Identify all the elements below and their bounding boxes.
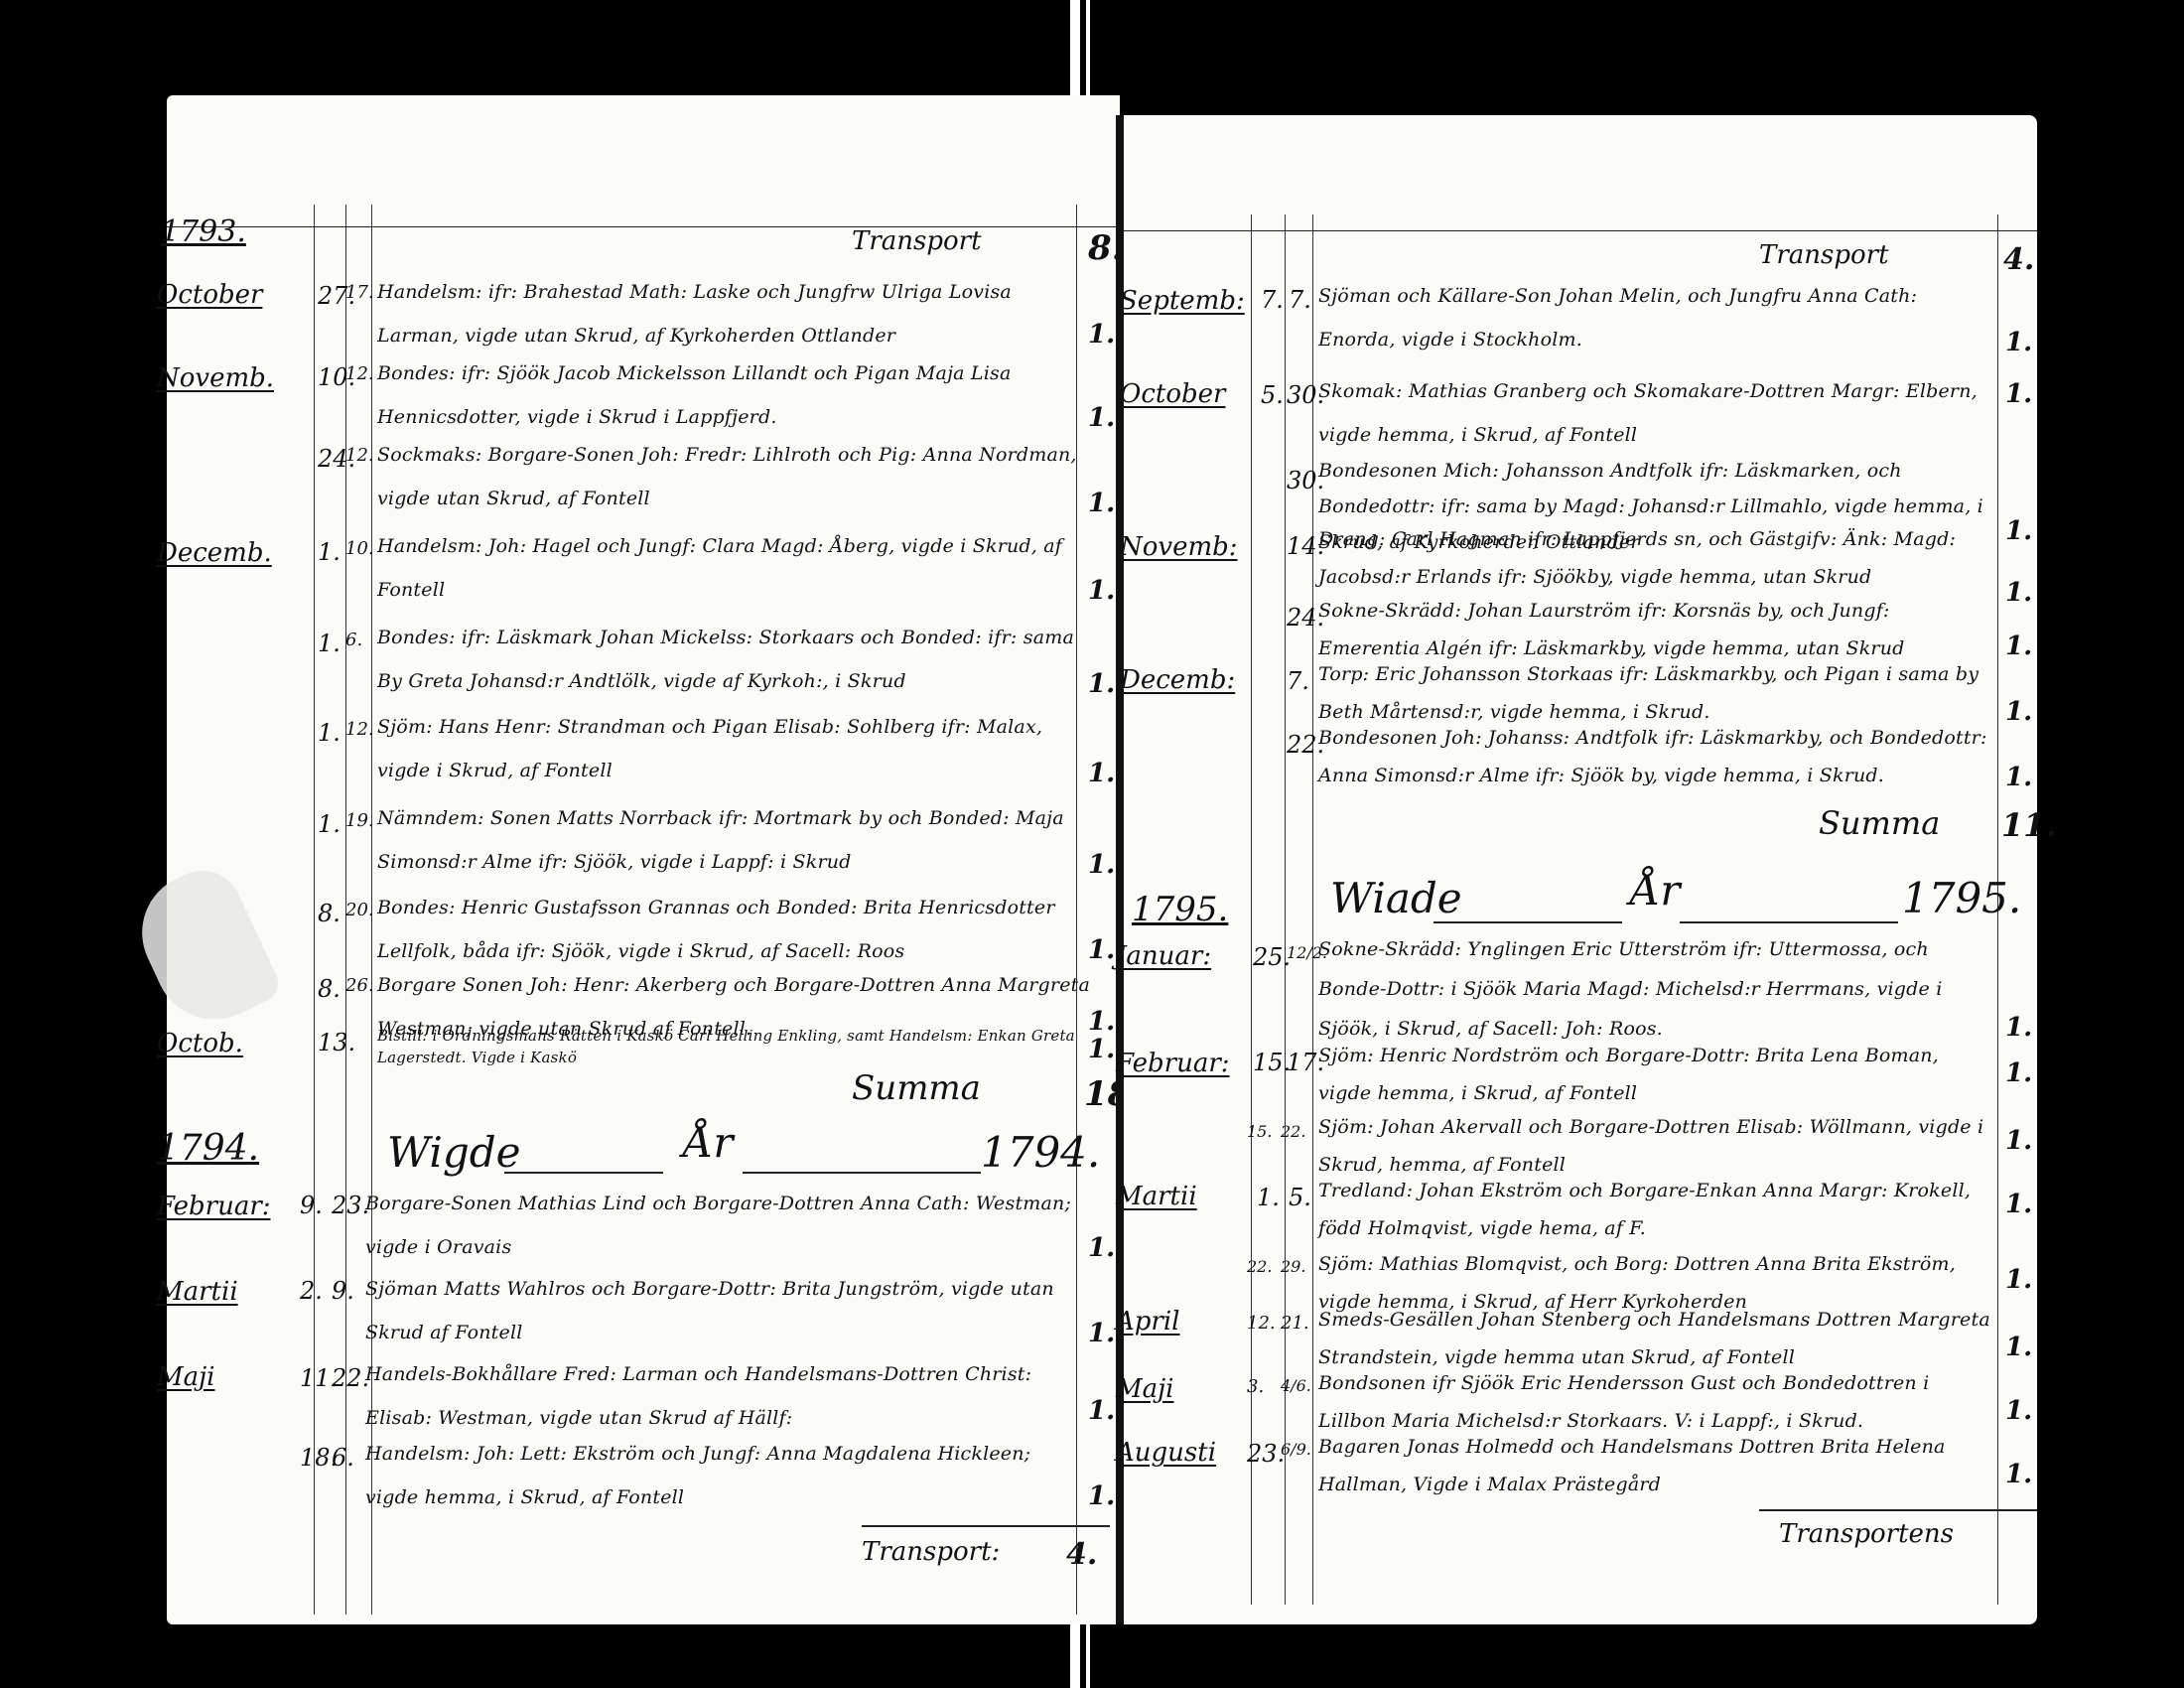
entry-count: 1. [2005,763,2032,792]
entry-count: 1. [1088,669,1115,699]
month-label: Octob. [157,1029,243,1058]
day-number: 1. [318,630,341,657]
transport-label: Transport [852,226,982,256]
day-number: 12. [1247,1313,1276,1334]
entry-count: 1. [2005,379,2032,409]
register-entry: Nämndem: Sonen Matts Norrback ifr: Mortm… [377,796,1092,884]
day-number: 5. [1261,381,1284,409]
entry-count: 1. [2005,1460,2032,1489]
register-entry: Handelsm: ifr: Brahestad Math: Laske och… [377,270,1092,357]
entry-count: 1. [1088,759,1115,788]
day2-number: 6. [345,630,362,650]
day-number: 8. [318,975,341,1003]
entry-count: 1. [1088,403,1115,433]
day2-number: 22. [332,1364,369,1392]
summa-value: 11. [2001,806,2057,844]
month-label: April [1116,1307,1179,1336]
register-entry: Bagaren Jonas Holmedd och Handelsmans Do… [1318,1428,1993,1503]
entry-count: 1. [2005,632,2032,661]
register-entry: Handelsm: Joh: Lett: Ekström och Jungf: … [365,1432,1080,1519]
day2-number: 17. [345,282,374,303]
entry-count: 1. [2005,1058,2032,1088]
register-entry: Sjöman och Källare-Son Johan Melin, och … [1318,274,1993,361]
register-entry: Tredland: Johan Ekström och Borgare-Enka… [1318,1172,1993,1247]
day2-number: 6/9. [1281,1440,1311,1459]
entry-count: 1. [2005,1265,2032,1295]
transport-bottom-label: Transportens [1779,1519,1954,1549]
day-number: 1. [318,538,341,566]
month-label: Maji [157,1362,215,1392]
transport-bottom-label: Transport: [862,1537,1000,1567]
entry-count: 1. [1088,1319,1115,1348]
month-label: Augusti [1116,1438,1216,1468]
entry-count: 1. [1088,1233,1115,1263]
entry-count: 1. [2005,516,2032,546]
section-heading-year: 1795. [1902,874,2021,922]
left-page: 1793. Transport 8. October 27. 17. Hande… [167,95,1120,1624]
entry-count: 1. [1088,935,1115,965]
entry-count: 1. [1088,1035,1115,1064]
register-entry: Sokne-Skrädd: Ynglingen Eric Utterström … [1318,929,1993,1049]
section-heading-year: 1794. [981,1128,1100,1177]
day2-number: 10. [345,538,374,559]
register-entry: Bondes: Henric Gustafsson Grannas och Bo… [377,886,1092,973]
heading-rule [1680,921,1898,923]
section-heading-wigde: Wigde [387,1128,521,1177]
transport-rule [862,1525,1110,1527]
transport-bottom-value: 4. [1066,1537,1097,1572]
month-label: October [1120,379,1225,409]
day-number: 7. [1261,286,1284,314]
heading-rule [1433,921,1622,923]
register-entry: Sockmaks: Borgare-Sonen Joh: Fredr: Lihl… [377,433,1092,520]
day2-number: 19. [345,810,374,831]
entry-count: 1. [2005,1190,2032,1219]
entry-count: 1. [1088,576,1115,606]
section-heading-ar: År [1630,866,1680,914]
day-number: 1. [318,719,341,747]
day-number: 3. [1247,1376,1264,1397]
day2-number: 26. [345,975,374,996]
rule-day-col [1285,214,1286,1605]
register-entry: Bondes: ifr: Sjöök Jacob Mickelsson Lill… [377,352,1092,439]
transport-value: 4. [2003,242,2034,277]
month-label: Septemb: [1120,286,1245,316]
day2-number: 12. [345,719,374,740]
entry-count: 1. [2005,1126,2032,1156]
month-label: Martii [157,1277,238,1307]
register-entry: Bondes: ifr: Läskmark Johan Mickelss: St… [377,616,1092,703]
section-heading-ar: År [683,1118,733,1167]
day2-number: 7. [1287,667,1309,695]
rule-top [1124,230,2037,231]
month-label: Novemb. [157,363,274,393]
register-entry: Sjöm: Henric Nordström och Borgare-Dottr… [1318,1037,1993,1112]
month-label: Martii [1116,1182,1197,1211]
register-entry: Sjöm: Hans Henr: Strandman och Pigan Eli… [377,705,1092,792]
heading-rule [504,1172,663,1174]
summa-label: Summa [852,1068,981,1108]
entry-count: 1. [2005,697,2032,727]
day2-number: 6. [332,1444,354,1472]
entry-count: 1. [1088,1481,1115,1511]
year-label-1794: 1794. [157,1128,259,1169]
register-entry: Sjöman Matts Wahlros och Borgare-Dottr: … [365,1267,1080,1354]
entry-count: 1. [1088,1007,1115,1037]
day-number: 25. [1253,943,1291,971]
day-number: 1. [1257,1184,1280,1211]
transport-rule [1759,1509,2037,1511]
day-number: 8. [318,900,341,927]
transport-label: Transport [1759,240,1889,270]
day2-number: 23. [332,1192,369,1219]
day2-number: 4/6. [1281,1376,1311,1395]
rule-month-col [314,205,315,1615]
entry-count: 1. [1088,320,1115,350]
month-label: Maji [1116,1374,1174,1404]
heading-rule [743,1172,981,1174]
day-number: 15. [1253,1049,1291,1076]
month-label: Novemb: [1120,532,1238,562]
day2-number: 7. [1289,286,1311,314]
register-entry: Handelsm: Joh: Hagel och Jungf: Clara Ma… [377,524,1092,612]
day2-number: 9. [332,1277,354,1305]
year-label-1795: 1795. [1132,890,1228,929]
day-number: 13. [318,1029,355,1056]
right-page: Transport 4. Septemb: 7. 7. Sjöman och K… [1124,115,2037,1624]
entry-count: 1. [2005,578,2032,608]
day-number: 22. [1247,1257,1272,1276]
entry-count: 1. [1088,1396,1115,1426]
day-number: 1. [318,810,341,838]
entry-count: 1. [2005,1333,2032,1362]
entry-count: 1. [2005,1396,2032,1426]
month-label: October [157,280,262,310]
entry-count: 1. [2005,328,2032,357]
day2-number: 29. [1281,1257,1305,1276]
day-number: 15. [1247,1122,1272,1141]
day-number: 2. [300,1277,323,1305]
month-label: Februar: [1116,1049,1230,1078]
register-entry: Drang: Carl Hagman ifr: Lappfjerds sn, o… [1318,520,1993,596]
register-entry: Handels-Bokhållare Fred: Larman och Hand… [365,1352,1080,1440]
entry-count: 1. [1088,489,1115,518]
year-header: 1793. [161,214,246,249]
rule-day2-col [1312,214,1313,1605]
register-entry: Borgare-Sonen Mathias Lind och Borgare-D… [365,1182,1080,1269]
month-label: Januar: [1116,941,1211,971]
section-heading-wiade: Wiade [1330,874,1462,922]
day2-number: 20. [345,900,374,920]
day-number: 23. [1247,1440,1285,1468]
month-label: Februar: [157,1192,271,1221]
summa-label: Summa [1819,804,1940,842]
entry-count: 1. [2005,1013,2032,1043]
day2-number: 21. [1281,1313,1309,1334]
day2-number: 5. [1289,1184,1311,1211]
day2-number: 12. [345,445,374,466]
register-entry: Bondesonen Joh: Johanss: Andtfolk ifr: L… [1318,719,1993,794]
entry-count: 1. [1088,850,1115,880]
day2-number: 22. [1281,1122,1305,1141]
day-number: 9. [300,1192,323,1219]
register-entry: Bistill: i Ordningsmans Rätten i Kaskö C… [377,1025,1092,1068]
day2-number: 12. [345,363,374,384]
register-entry: Skomak: Mathias Granberg och Skomakare-D… [1318,369,1993,457]
month-label: Decemb. [157,538,272,568]
month-label: Decemb: [1120,665,1235,695]
